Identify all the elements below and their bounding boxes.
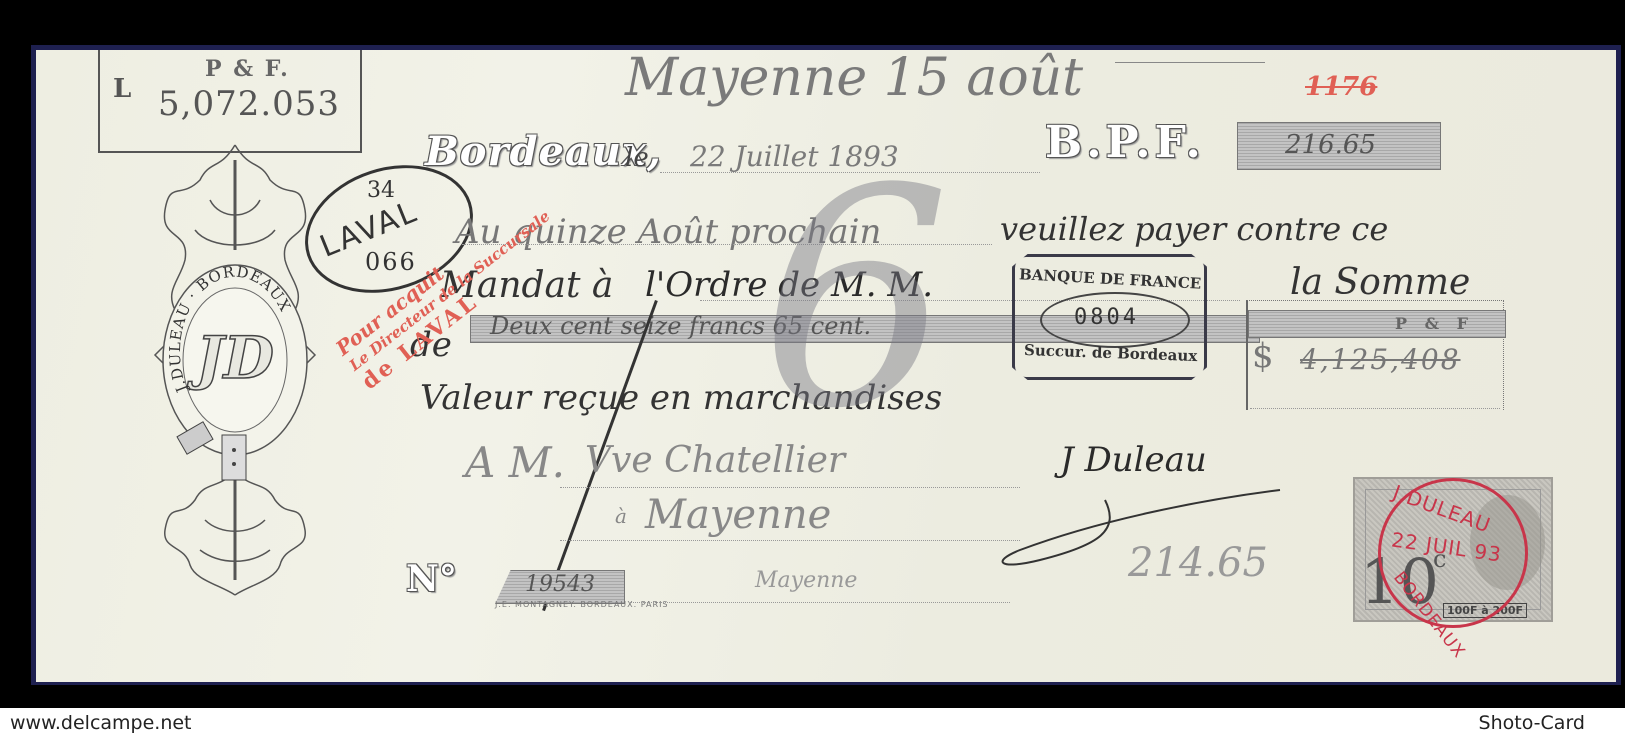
watermark-delcampe: www.delcampe.net: [10, 712, 192, 734]
addressee-city: Mayenne: [645, 492, 831, 538]
bdf-stamp-number: 0804: [1074, 305, 1139, 330]
domicile-handwritten: Mayenne: [755, 568, 857, 593]
dollar-mark: $: [1252, 336, 1274, 376]
pf-title: P & F.: [205, 56, 290, 82]
laval-postmark-bottom-number: 066: [365, 248, 417, 276]
laval-postmark-top-number: 34: [367, 178, 395, 203]
watermark-bar: www.delcampe.net Shoto-Card: [0, 708, 1625, 750]
pencil-mark-six: 6: [760, 150, 951, 450]
pf-box-bottom-line: [1250, 408, 1500, 409]
addressee-name: Vve Chatellier: [585, 440, 845, 481]
pf-series-letter: L: [113, 74, 131, 104]
printed-pay-instruction: veuillez payer contre ce: [1000, 210, 1388, 248]
pencil-total: 214.65: [1128, 540, 1268, 586]
amount-value: 216.65: [1285, 130, 1376, 160]
pf-band-label: P & F: [1395, 314, 1474, 333]
duleau-ornament-logo: JD J.DULEAU · BORDEAUX: [150, 140, 320, 600]
domicile-line: [630, 602, 1010, 603]
bpf-label: B.P.F.: [1045, 117, 1205, 168]
pf-amount-crossed: 4,125,408: [1300, 343, 1461, 376]
printed-la-somme: la Somme: [1290, 262, 1470, 303]
pf-serial-number: 5,072.053: [158, 84, 340, 124]
addressee-city-prefix: à: [615, 504, 627, 528]
annotation-rule: [1115, 62, 1265, 63]
printed-le: le: [625, 143, 649, 173]
svg-text:JD: JD: [186, 324, 274, 392]
addressee-line: [560, 487, 1020, 488]
addressee-prefix: A M.: [465, 438, 565, 487]
addressee-city-line: [560, 540, 1020, 541]
number-label: N°: [406, 558, 457, 600]
watermark-shoto-card: Shoto-Card: [1479, 712, 1585, 734]
red-annotation-number: 1176: [1305, 72, 1377, 102]
annotation-mayenne: Mayenne 15 août: [625, 48, 1083, 108]
number-value: 19543: [525, 572, 595, 597]
